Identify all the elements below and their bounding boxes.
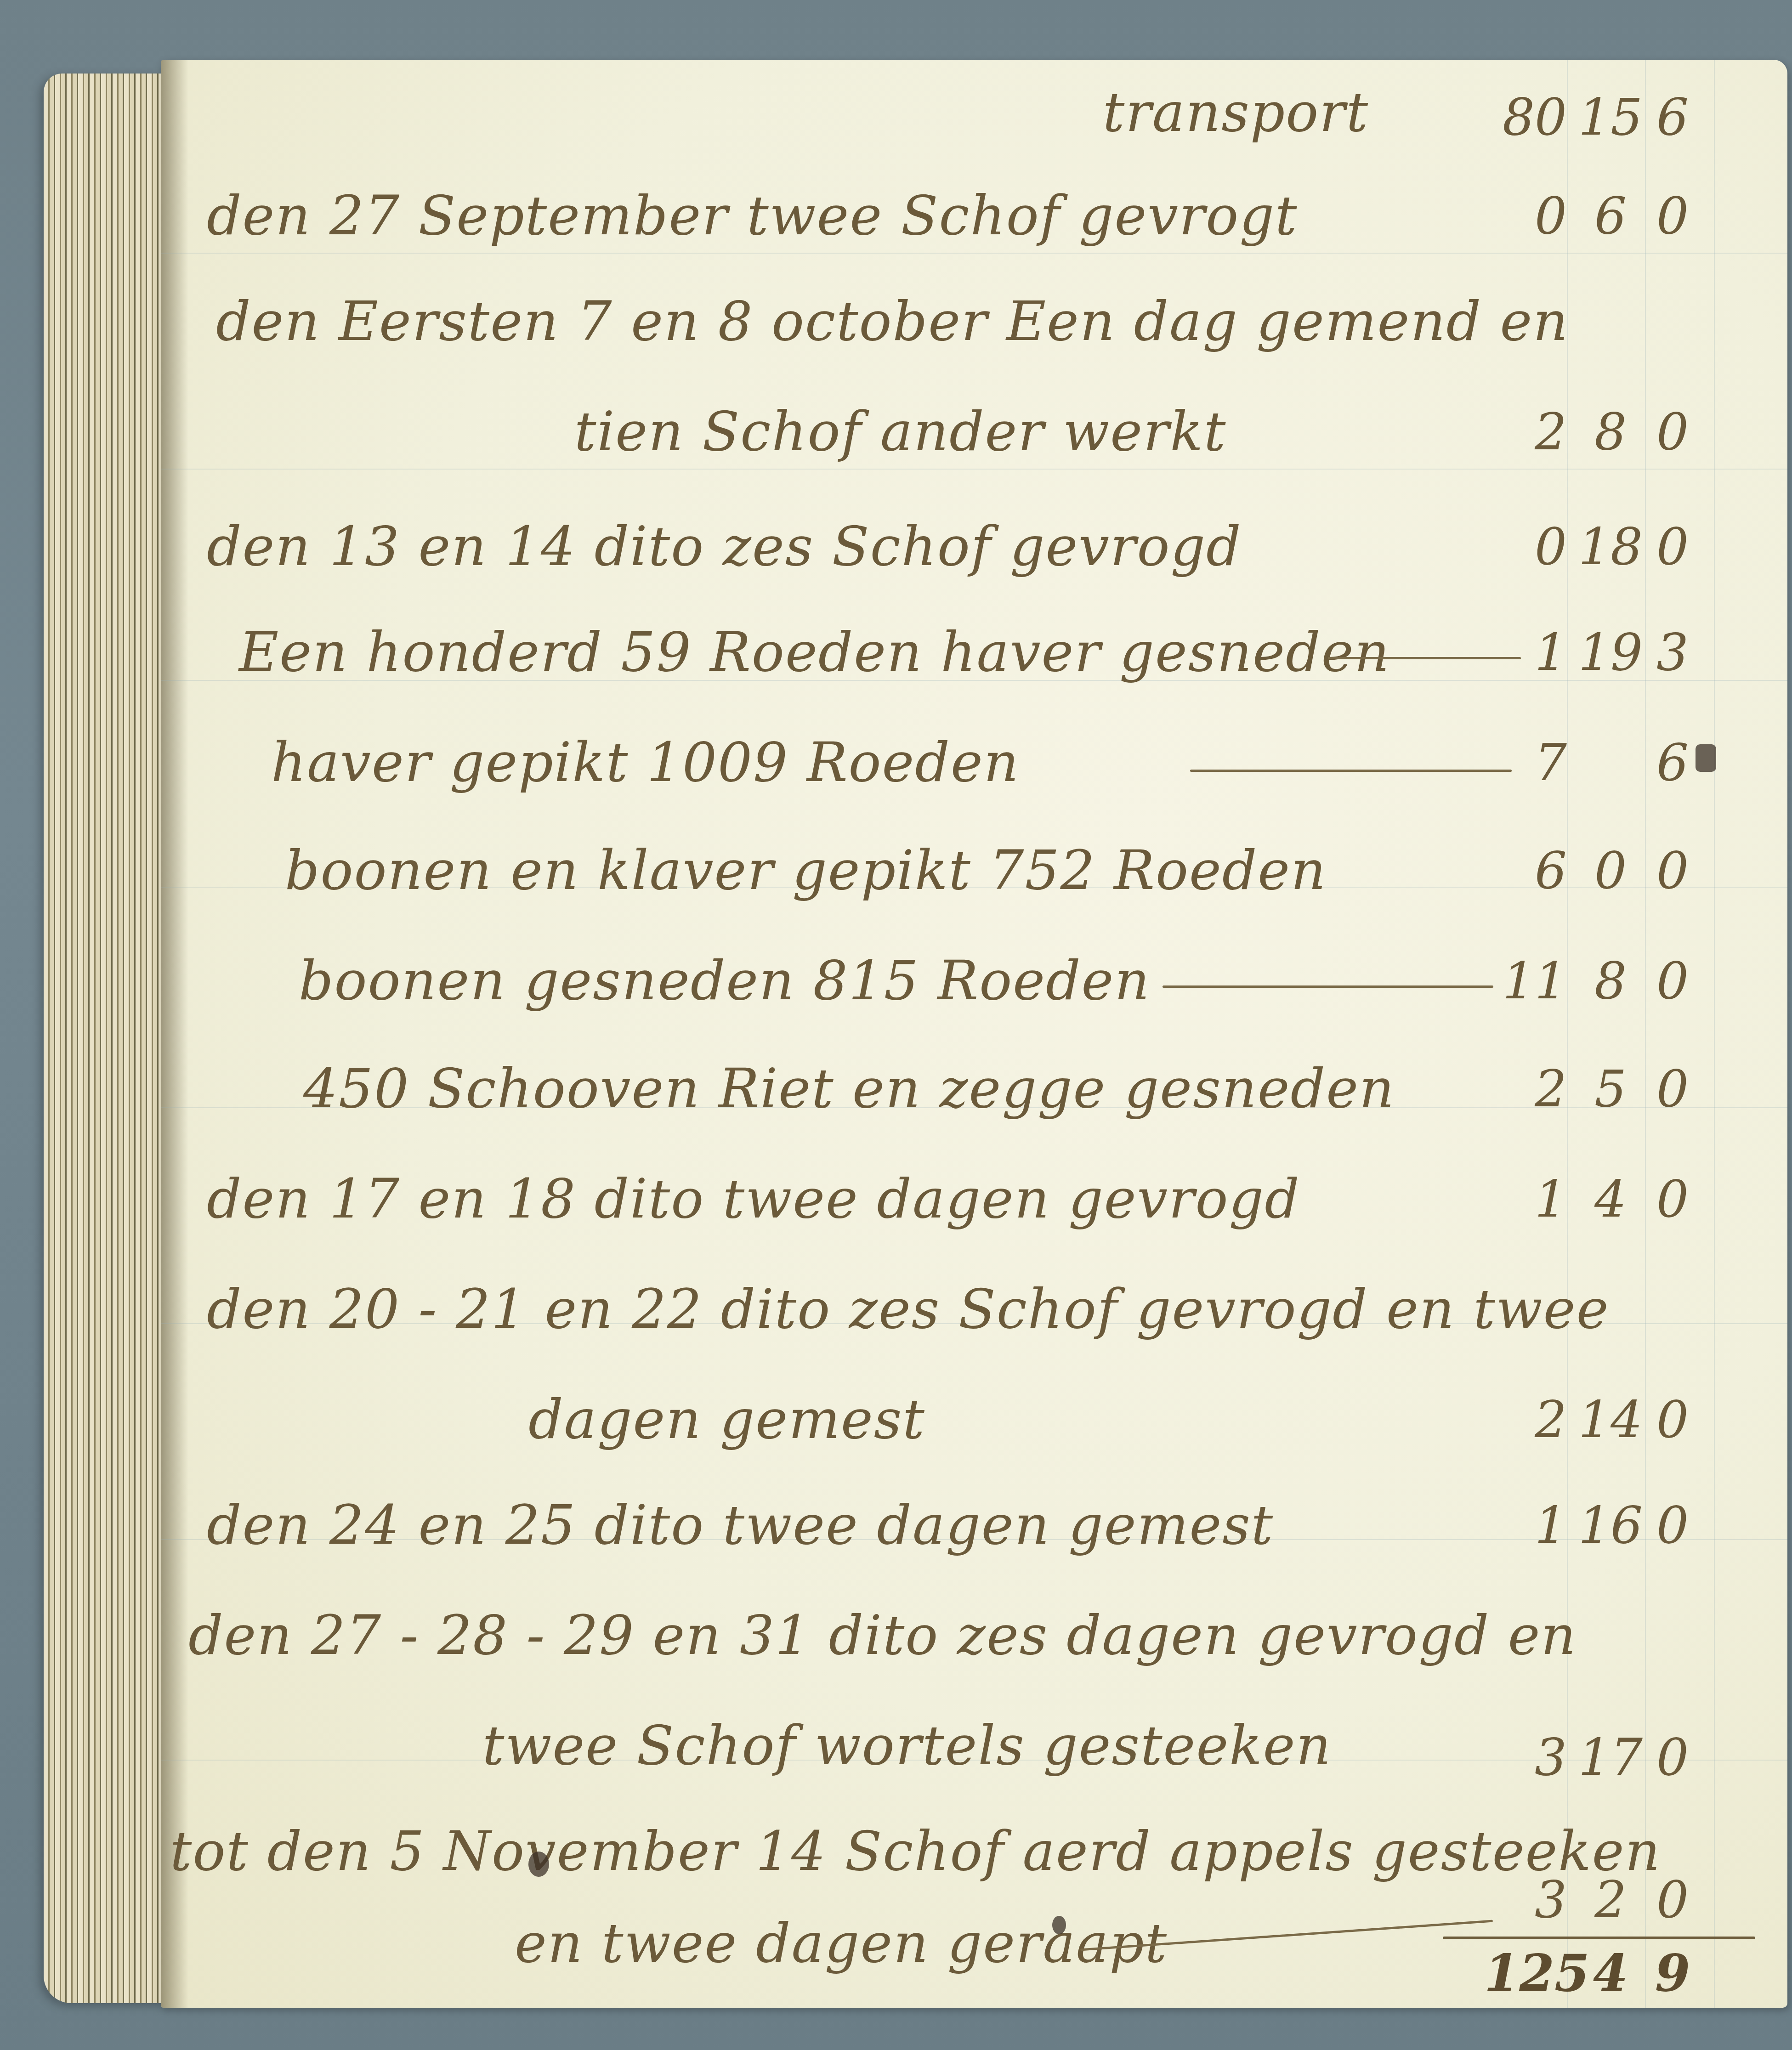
amount-stuivers: 2 xyxy=(1576,1874,1645,1925)
ink-spot xyxy=(528,1852,549,1877)
amount-stuivers: 5 xyxy=(1576,1064,1645,1114)
entry-amount: 2 8 0 xyxy=(1484,407,1700,457)
entry-line: den 20 - 21 en 22 dito zes Schof gevrogd… xyxy=(207,1282,1610,1336)
amount-penningen: 0 xyxy=(1645,956,1700,1006)
page-edges xyxy=(44,74,168,2003)
entry-amount: 6 0 0 xyxy=(1484,845,1700,896)
column-rule xyxy=(1714,60,1715,2008)
amount-stuivers: 0 xyxy=(1576,845,1645,896)
ledger-book: transport 80 15 6 den 27 September twee … xyxy=(44,51,1781,2017)
amount-stuivers: 16 xyxy=(1576,1500,1645,1551)
total-stuivers: 4 xyxy=(1576,1948,1645,1999)
amount-stuivers: 8 xyxy=(1576,956,1645,1006)
amount-guilders: 2 xyxy=(1484,1394,1576,1445)
amount-penningen: 0 xyxy=(1645,407,1700,457)
amount-guilders: 0 xyxy=(1484,521,1576,572)
amount-penningen: 0 xyxy=(1645,1500,1700,1551)
amount-stuivers: 8 xyxy=(1576,407,1645,457)
entry-line-continued: dagen gemest xyxy=(528,1392,925,1446)
amount-stuivers: 19 xyxy=(1576,627,1645,678)
total-guilders: 125 xyxy=(1484,1948,1576,1999)
amount-stuivers: 14 xyxy=(1576,1394,1645,1445)
transport-label: transport xyxy=(1103,85,1369,139)
amount-penningen: 0 xyxy=(1645,1064,1700,1114)
entry-amount: 2 5 0 xyxy=(1484,1064,1700,1114)
amount-guilders: 7 xyxy=(1484,737,1576,788)
amount-stuivers: 4 xyxy=(1576,1174,1645,1224)
entry-line: boonen gesneden 815 Roeden xyxy=(299,953,1150,1008)
entry-amount: 1 16 0 xyxy=(1484,1500,1700,1551)
amount-guilders: 3 xyxy=(1484,1732,1576,1783)
amount-penningen: 0 xyxy=(1645,1394,1700,1445)
total-amount: 125 4 9 xyxy=(1484,1948,1700,1999)
ruled-line xyxy=(161,469,1787,470)
entry-amount: 1 19 3 xyxy=(1484,627,1700,678)
entry-amount: 7 6 xyxy=(1484,737,1700,788)
ink-spot xyxy=(1052,1916,1066,1934)
amount-guilders: 3 xyxy=(1484,1874,1576,1925)
amount-penningen: 0 xyxy=(1645,1874,1700,1925)
total-underline xyxy=(1443,1937,1755,1939)
amount-guilders: 6 xyxy=(1484,845,1576,896)
entry-line: den 24 en 25 dito twee dagen gemest xyxy=(207,1498,1274,1552)
amount-guilders: 0 xyxy=(1484,191,1576,241)
amount-guilders: 2 xyxy=(1484,1064,1576,1114)
amount-penningen: 0 xyxy=(1645,1732,1700,1783)
entry-line: den Eersten 7 en 8 october Een dag gemen… xyxy=(216,294,1569,348)
transport-amount: 80 15 6 xyxy=(1484,92,1700,142)
amount-guilders: 2 xyxy=(1484,407,1576,457)
total-penningen: 9 xyxy=(1645,1948,1700,1999)
entry-amount: 2 14 0 xyxy=(1484,1394,1700,1445)
amount-stuivers: 15 xyxy=(1576,92,1645,142)
amount-penningen: 0 xyxy=(1645,845,1700,896)
amount-stuivers: 17 xyxy=(1576,1732,1645,1783)
ledger-page: transport 80 15 6 den 27 September twee … xyxy=(161,60,1787,2008)
amount-guilders: 11 xyxy=(1484,956,1576,1006)
entry-line: 450 Schooven Riet en zegge gesneden xyxy=(303,1061,1395,1116)
filler-dash xyxy=(1163,985,1493,988)
entry-line: haver gepikt 1009 Roeden xyxy=(271,735,1020,789)
entry-line: Een honderd 59 Roeden haver gesneden xyxy=(239,625,1390,679)
amount-penningen: 6 xyxy=(1645,737,1700,788)
entry-line: den 27 September twee Schof gevrogt xyxy=(207,188,1298,243)
ruled-line xyxy=(161,253,1787,254)
amount-guilders: 1 xyxy=(1484,1174,1576,1224)
amount-penningen: 6 xyxy=(1645,92,1700,142)
amount-penningen: 3 xyxy=(1645,627,1700,678)
entry-line: den 27 - 28 - 29 en 31 dito zes dagen ge… xyxy=(188,1608,1577,1662)
entry-amount: 3 17 0 xyxy=(1484,1732,1700,1783)
entry-amount: 1 4 0 xyxy=(1484,1174,1700,1224)
amount-stuivers xyxy=(1576,737,1645,788)
amount-stuivers: 18 xyxy=(1576,521,1645,572)
amount-penningen: 0 xyxy=(1645,191,1700,241)
entry-amount: 11 8 0 xyxy=(1484,956,1700,1006)
filler-dash xyxy=(1190,770,1512,772)
entry-line: den 17 en 18 dito twee dagen gevrogd xyxy=(207,1172,1300,1226)
column-rule xyxy=(1645,60,1646,2008)
entry-amount: 0 6 0 xyxy=(1484,191,1700,241)
entry-line-continued: tien Schof ander werkt xyxy=(574,404,1226,459)
amount-guilders: 1 xyxy=(1484,627,1576,678)
entry-line-continued: en twee dagen geraapt xyxy=(515,1916,1168,1970)
entry-amount: 3 2 0 xyxy=(1484,1874,1700,1925)
amount-penningen: 0 xyxy=(1645,521,1700,572)
entry-line: tot den 5 November 14 Schof aerd appels … xyxy=(170,1824,1661,1878)
amount-guilders: 1 xyxy=(1484,1500,1576,1551)
entry-amount: 0 18 0 xyxy=(1484,521,1700,572)
entry-line: boonen en klaver gepikt 752 Roeden xyxy=(285,843,1327,897)
amount-stuivers: 6 xyxy=(1576,191,1645,241)
entry-line: den 13 en 14 dito zes Schof gevrogd xyxy=(207,519,1242,573)
entry-line-continued: twee Schof wortels gesteeken xyxy=(482,1718,1332,1773)
amount-penningen: 0 xyxy=(1645,1174,1700,1224)
amount-guilders: 80 xyxy=(1484,92,1576,142)
gutter-shadow xyxy=(161,60,188,2008)
ink-blot xyxy=(1696,744,1716,772)
